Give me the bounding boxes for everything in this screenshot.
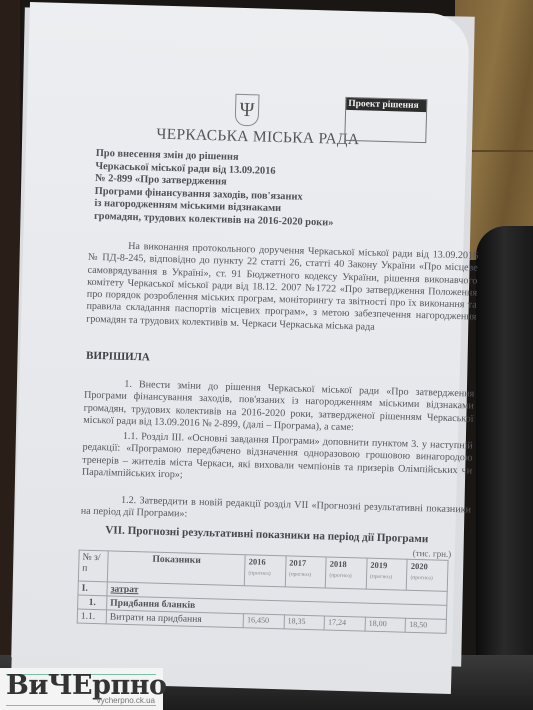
header-year: 2016(прогноз) [245, 555, 286, 587]
header-year: 2020(прогноз) [407, 559, 448, 591]
document-page: Ψ ЧЕРКАСЬКА МІСЬКА РАДА Проект рішення П… [11, 2, 470, 694]
decision-subject: Про внесення змін до рішення Черкаської … [94, 148, 335, 230]
header-year: 2018(прогноз) [326, 557, 367, 589]
units-label: (тис. грн.) [413, 548, 452, 559]
section-title: VІІ. Прогнозні результативні показники н… [105, 524, 428, 545]
item-1-paragraph: 1. Внести зміни до рішення Черкаської мі… [83, 378, 474, 438]
draft-label: Проект рішення [346, 98, 426, 112]
header-no: № з/п [78, 550, 108, 582]
draft-stamp-box: Проект рішення [344, 97, 427, 143]
trident-emblem-icon: Ψ [235, 94, 260, 127]
preamble-paragraph: На виконання протокольного доручення Чер… [86, 240, 478, 337]
resolved-heading: ВИРІШИЛА [86, 350, 150, 364]
logo-rule [6, 705, 156, 706]
header-year: 2017(прогноз) [285, 556, 326, 588]
watermark-logo: ВиЧЕрпно vycherpno.ck.ua [0, 668, 163, 710]
black-chair-background [476, 226, 533, 710]
header-indicator: Показники [107, 551, 245, 586]
logo-url: vycherpno.ck.ua [97, 696, 155, 705]
item-1-1-paragraph: 1.1. Розділ ІІІ. «Основні завдання Прогр… [82, 430, 473, 490]
indicators-table: № з/п Показники 2016(прогноз) 2017(прогн… [77, 550, 449, 634]
council-title: ЧЕРКАСЬКА МІСЬКА РАДА [156, 126, 359, 150]
item-1-2-paragraph: 1.2. Затвердити в новій редакції розділ … [81, 494, 472, 529]
header-year: 2019(прогноз) [366, 558, 407, 590]
